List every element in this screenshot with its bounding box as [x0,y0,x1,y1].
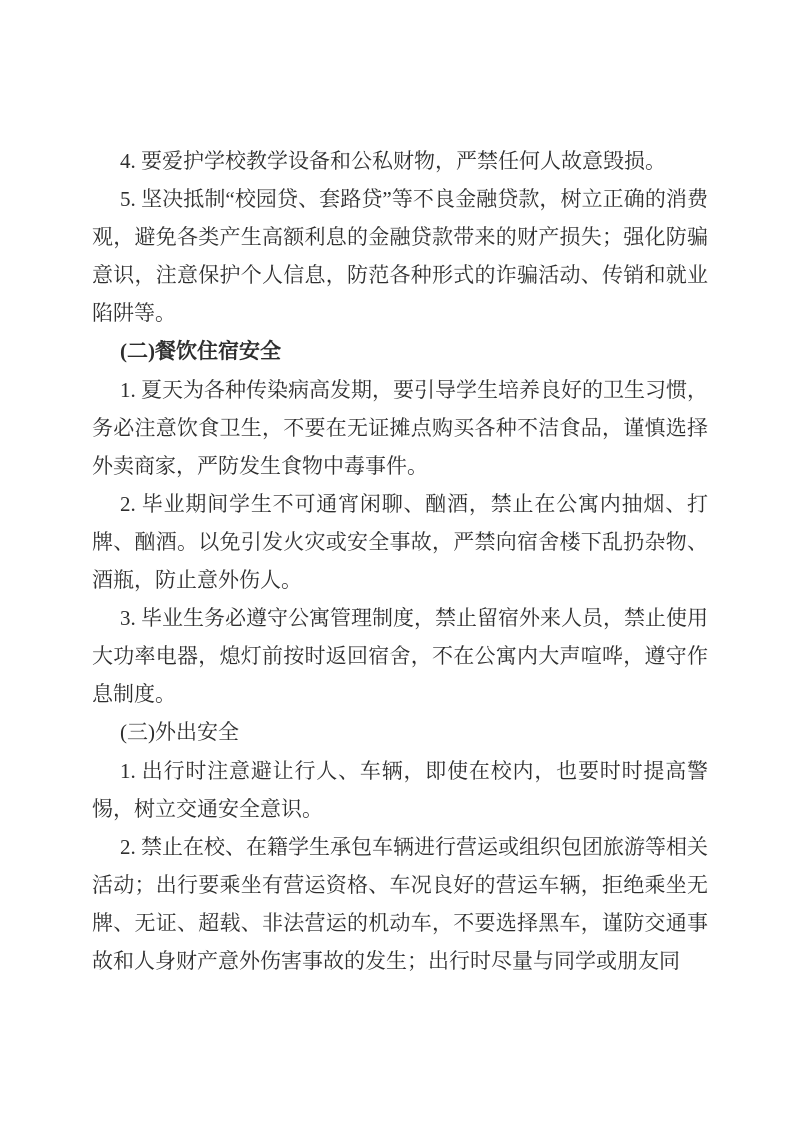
document-page: 4. 要爱护学校教学设备和公私财物，严禁任何人故意毁损。5. 坚决抵制“校园贷、… [0,0,793,1122]
section-heading: (二)餐饮住宿安全 [92,332,708,370]
paragraph: 5. 坚决抵制“校园贷、套路贷”等不良金融贷款，树立正确的消费观，避免各类产生高… [92,180,708,332]
paragraph: 3. 毕业生务必遵守公寓管理制度，禁止留宿外来人员，禁止使用大功率电器，熄灯前按… [92,599,708,713]
paragraph: 4. 要爱护学校教学设备和公私财物，严禁任何人故意毁损。 [92,142,708,180]
paragraph: 1. 夏天为各种传染病高发期，要引导学生培养良好的卫生习惯，务必注意饮食卫生，不… [92,371,708,485]
paragraph: 1. 出行时注意避让行人、车辆，即使在校内，也要时时提高警惕，树立交通安全意识。 [92,752,708,828]
paragraph: 2. 毕业期间学生不可通宵闲聊、酗酒，禁止在公寓内抽烟、打牌、酗酒。以免引发火灾… [92,485,708,599]
section-heading: (三)外出安全 [92,713,708,751]
paragraph: 2. 禁止在校、在籍学生承包车辆进行营运或组织包团旅游等相关活动；出行要乘坐有营… [92,828,708,980]
document-content: 4. 要爱护学校教学设备和公私财物，严禁任何人故意毁损。5. 坚决抵制“校园贷、… [92,0,708,980]
